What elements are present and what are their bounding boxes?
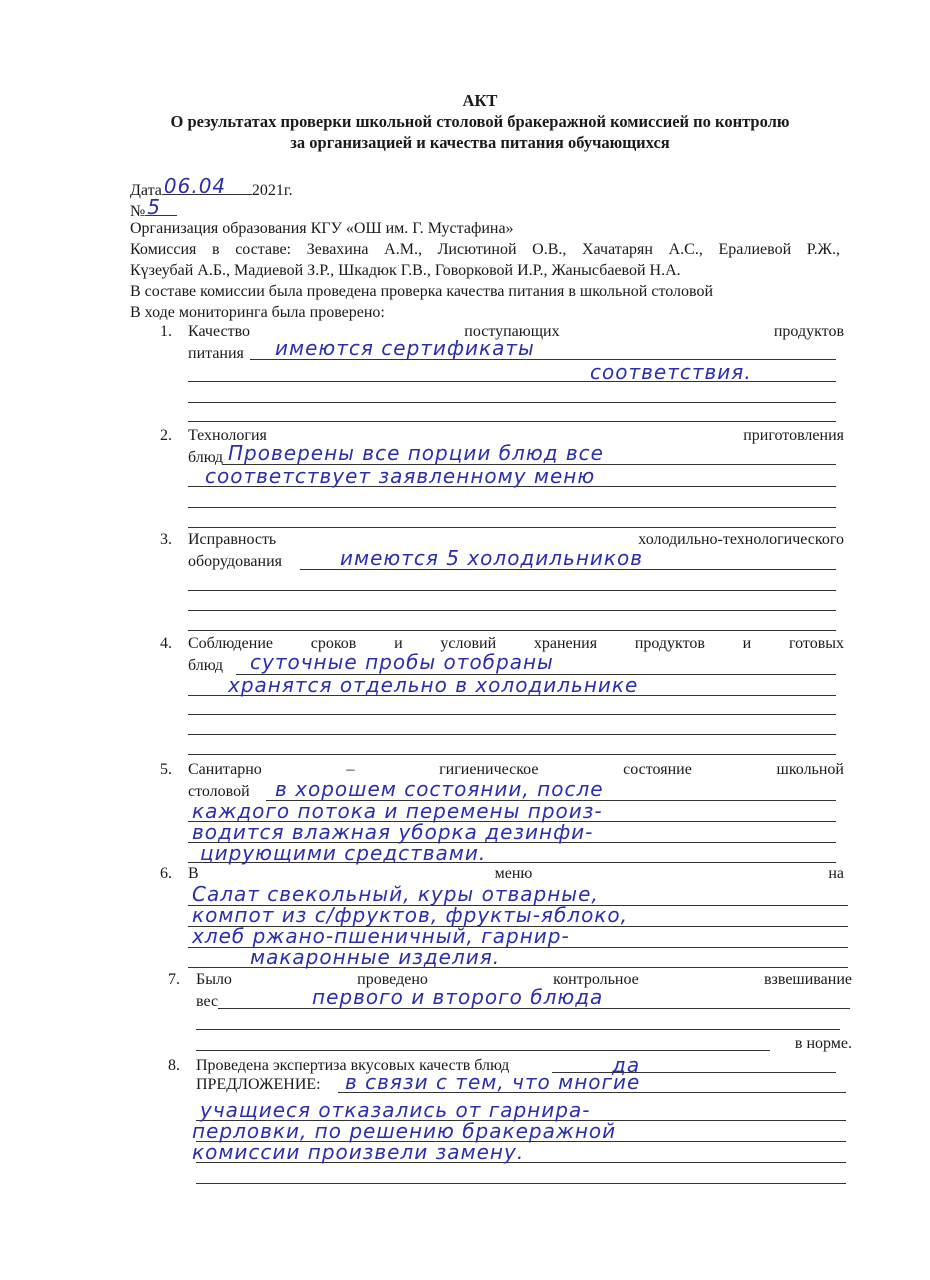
label-cont: оборудования (188, 552, 282, 572)
label-word: состояние (623, 760, 692, 780)
handwritten-answer: Проверены все порции блюд все (228, 441, 604, 465)
item-number: 8. (168, 1056, 180, 1076)
handwritten-answer: в хорошем состоянии, после (275, 777, 604, 801)
answer-line (188, 630, 836, 631)
label-cont: блюд (188, 656, 223, 676)
label-word: готовых (789, 634, 844, 654)
handwritten-answer: цирующими средствами. (200, 841, 486, 865)
item-3: 3. Исправность холодильно-технологическо… (160, 530, 844, 610)
answer-line (196, 1050, 770, 1051)
label-word: школьной (777, 760, 844, 780)
label-word: В (188, 864, 199, 884)
document-title: АКТ (120, 90, 840, 111)
document-subtitle-line1: О результатах проверки школьной столовой… (120, 111, 840, 132)
handwritten-answer: имеются сертификаты (275, 336, 535, 360)
answer-line (188, 734, 836, 735)
number-value: 5 (147, 197, 161, 217)
label-word: меню (495, 864, 533, 884)
document-page: АКТ О результатах проверки школьной стол… (0, 0, 930, 1280)
check-line: В составе комиссии была проведена провер… (130, 282, 713, 302)
handwritten-answer: имеются 5 холодильников (340, 546, 643, 570)
label-word: на (828, 864, 844, 884)
monitoring-line: В ходе мониторинга была проверено: (130, 303, 385, 323)
answer-line (188, 421, 836, 422)
organization: Организация образования КГУ «ОШ им. Г. М… (130, 219, 514, 239)
handwritten-answer: в связи с тем, что многие (345, 1070, 640, 1094)
handwritten-answer: первого и второго блюда (312, 985, 603, 1009)
item-number: 3. (160, 530, 172, 550)
date-value: 06.04 (164, 176, 226, 196)
label-word: взвешивание (764, 970, 852, 990)
item-number: 4. (160, 634, 172, 654)
proposal-label: ПРЕДЛОЖЕНИЕ: (196, 1075, 321, 1095)
handwritten-answer: хранятся отдельно в холодильнике (228, 673, 638, 697)
answer-line (196, 1029, 840, 1030)
label-word: продуктов (635, 634, 705, 654)
handwritten-answer: суточные пробы отобраны (250, 650, 554, 674)
label-cont: вес (196, 992, 218, 1012)
item-number: 5. (160, 760, 172, 780)
item-number: 2. (160, 426, 172, 446)
label-cont: питания (188, 344, 244, 364)
label-word: продуктов (774, 322, 844, 342)
answer-line (188, 714, 836, 715)
item-number: 7. (168, 970, 180, 990)
answer-line (188, 507, 836, 508)
answer-line (188, 610, 836, 611)
label-word: Качество (188, 322, 250, 342)
answer-line (188, 754, 836, 755)
label-suffix: в норме. (795, 1034, 852, 1054)
handwritten-answer: соответствует заявленному меню (205, 464, 595, 488)
commission-line2: Күзеубай А.Б., Мадиевой З.Р., Шкадюк Г.В… (130, 261, 681, 281)
item-number: 1. (160, 322, 172, 342)
label-word: Было (196, 970, 232, 990)
commission-line1: Комиссия в составе: Зевахина А.М., Лисют… (130, 240, 840, 260)
item-number: 6. (160, 864, 172, 884)
label-word: холодильно-технологического (638, 530, 844, 550)
handwritten-answer: макаронные изделия. (250, 945, 500, 969)
handwritten-answer: соответствия. (590, 360, 752, 384)
answer-line (188, 590, 836, 591)
answer-line (188, 402, 836, 403)
number-label: № (130, 203, 145, 220)
answer-line (188, 527, 836, 528)
answer-line (196, 1183, 846, 1184)
label-word: и (743, 634, 752, 654)
date-year: 2021г. (252, 182, 293, 199)
label-word: Исправность (188, 530, 276, 550)
number-field: 5 (145, 197, 177, 216)
document-subtitle-line2: за организацией и качества питания обуча… (120, 132, 840, 153)
item-7: 7. Было проведено контрольное взвешивани… (168, 970, 852, 1050)
document-header: АКТ О результатах проверки школьной стол… (120, 90, 840, 153)
label-word: Санитарно (188, 760, 262, 780)
handwritten-answer: комиссии произвели замену. (192, 1140, 524, 1164)
label-word: приготовления (743, 426, 844, 446)
date-field: 06.04 (162, 176, 252, 195)
